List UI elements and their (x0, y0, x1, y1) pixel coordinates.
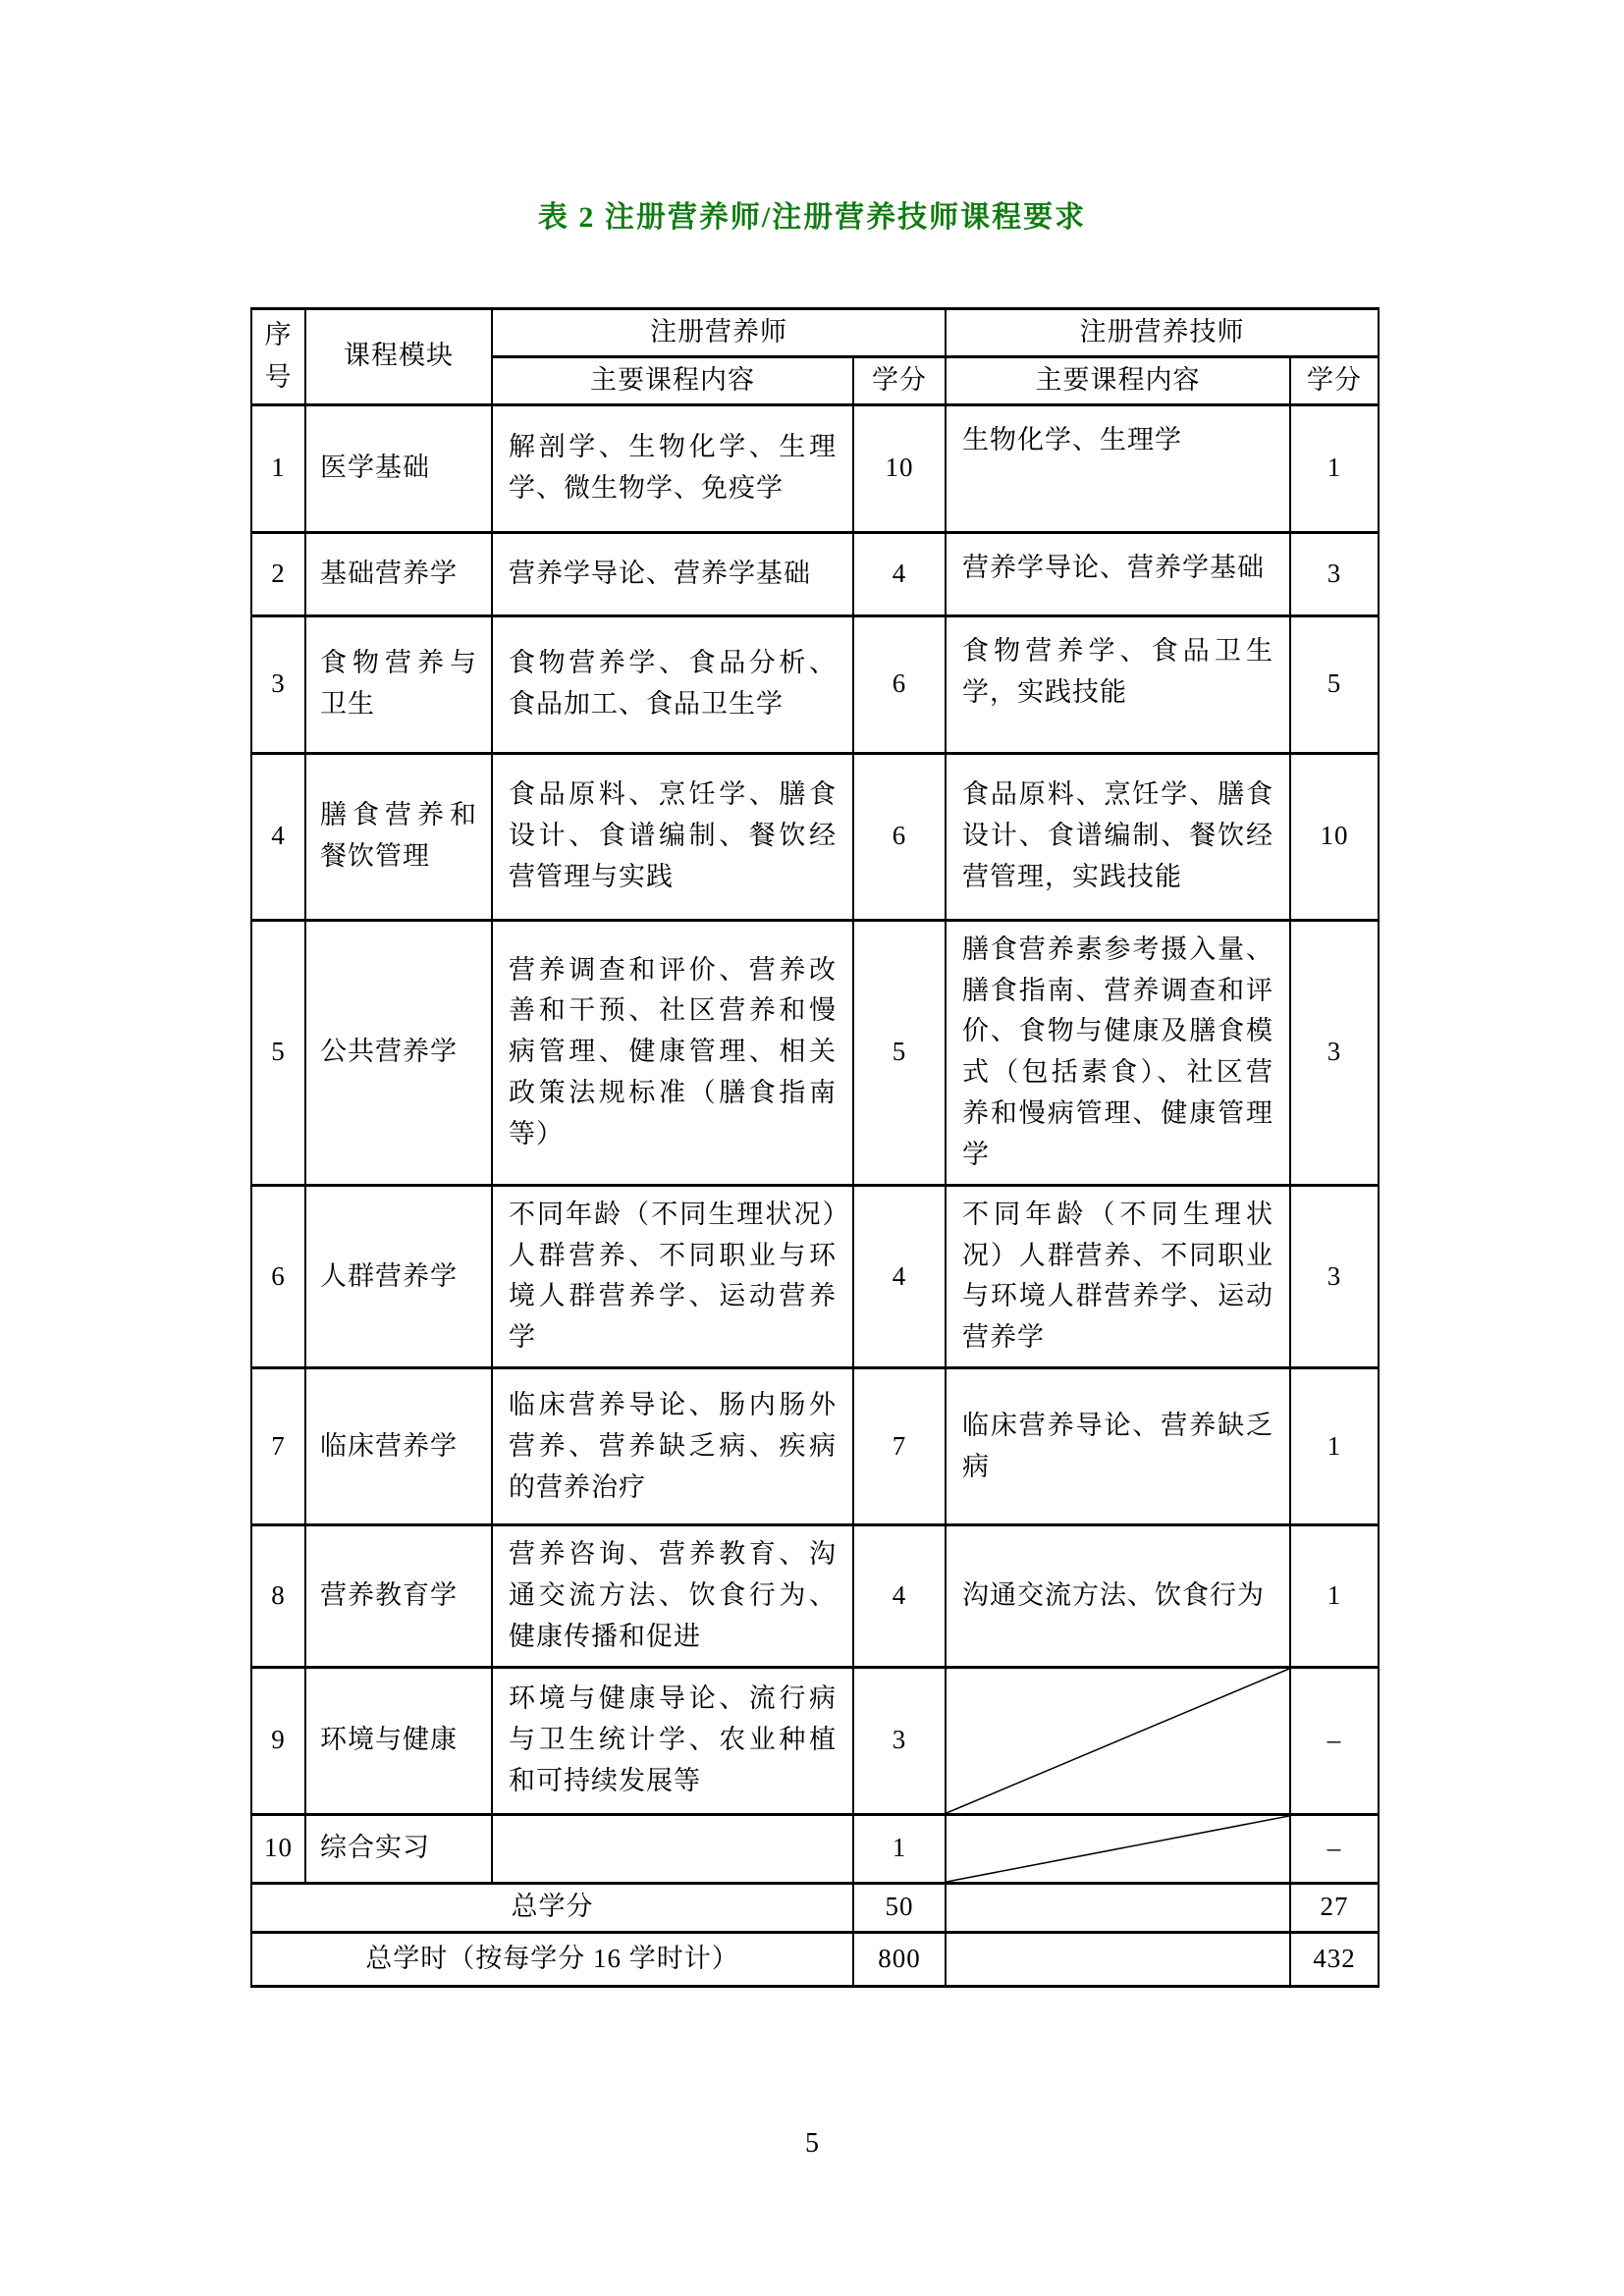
module-cell: 人群营养学 (305, 1185, 492, 1367)
module-cell: 食物营养与卫生 (305, 615, 492, 753)
module-cell: 公共营养学 (305, 920, 492, 1185)
technician-total-hours: 432 (1290, 1932, 1379, 1986)
module-cell: 综合实习 (305, 1814, 492, 1883)
table-row: 6 人群营养学 不同年龄（不同生理状况）人群营养、不同职业与环境人群营养学、运动… (251, 1185, 1379, 1367)
module-cell: 医学基础 (305, 404, 492, 532)
table-body: 1 医学基础 解剖学、生物化学、生理学、微生物学、免疫学 10 生物化学、生理学… (251, 404, 1379, 1986)
technician-content-cell: 沟通交流方法、饮食行为 (946, 1525, 1290, 1668)
seq-cell: 5 (251, 920, 305, 1185)
course-requirements-table: 序号 课程模块 注册营养师 注册营养技师 主要课程内容 学分 主要课程内容 学分… (250, 307, 1380, 1988)
header-seq: 序号 (251, 309, 305, 405)
dietitian-credits-cell: 10 (853, 404, 946, 532)
dietitian-content-cell: 食物营养学、食品分析、食品加工、食品卫生学 (492, 615, 853, 753)
table-header: 序号 课程模块 注册营养师 注册营养技师 主要课程内容 学分 主要课程内容 学分 (251, 309, 1379, 405)
module-cell: 膳食营养和餐饮管理 (305, 753, 492, 920)
dietitian-content-cell: 环境与健康导论、流行病与卫生统计学、农业种植和可持续发展等 (492, 1667, 853, 1814)
total-hours-row: 总学时（按每学分 16 学时计） 800 432 (251, 1932, 1379, 1986)
dietitian-content-cell (492, 1814, 853, 1883)
dietitian-total-hours: 800 (853, 1932, 946, 1986)
technician-content-cell: 临床营养导论、营养缺乏病 (946, 1368, 1290, 1525)
dietitian-credits-cell: 3 (853, 1667, 946, 1814)
seq-cell: 6 (251, 1185, 305, 1367)
seq-cell: 4 (251, 753, 305, 920)
technician-content-cell: 膳食营养素参考摄入量、膳食指南、营养调查和评价、食物与健康及膳食模式（包括素食）… (946, 920, 1290, 1185)
table-row: 8 营养教育学 营养咨询、营养教育、沟通交流方法、饮食行为、健康传播和促进 4 … (251, 1525, 1379, 1668)
technician-content-cell: 生物化学、生理学 (946, 404, 1290, 532)
document-page: 表 2 注册营养师/注册营养技师课程要求 序号 课程模块 注册营养师 注册营养技… (0, 0, 1624, 2296)
technician-content-cell: 不同年龄（不同生理状况）人群营养、不同职业与环境人群营养学、运动营养学 (946, 1185, 1290, 1367)
seq-cell: 9 (251, 1667, 305, 1814)
dietitian-total-credits: 50 (853, 1883, 946, 1932)
technician-content-cell: 营养学导论、营养学基础 (946, 532, 1290, 615)
technician-total-credits: 27 (1290, 1883, 1379, 1932)
technician-credits-cell: 3 (1290, 1185, 1379, 1367)
module-cell: 基础营养学 (305, 532, 492, 615)
dietitian-credits-cell: 4 (853, 1525, 946, 1668)
technician-credits-cell: – (1290, 1667, 1379, 1814)
dietitian-content-cell: 不同年龄（不同生理状况）人群营养、不同职业与环境人群营养学、运动营养学 (492, 1185, 853, 1367)
dietitian-credits-cell: 6 (853, 615, 946, 753)
dietitian-credits-cell: 5 (853, 920, 946, 1185)
header-technician-group: 注册营养技师 (946, 309, 1379, 357)
dietitian-content-cell: 营养咨询、营养教育、沟通交流方法、饮食行为、健康传播和促进 (492, 1525, 853, 1668)
technician-content-na-cell (946, 1814, 1290, 1883)
dietitian-credits-cell: 1 (853, 1814, 946, 1883)
dietitian-content-cell: 食品原料、烹饪学、膳食设计、食谱编制、餐饮经营管理与实践 (492, 753, 853, 920)
technician-credits-cell: 5 (1290, 615, 1379, 753)
seq-cell: 7 (251, 1368, 305, 1525)
dietitian-credits-cell: 4 (853, 1185, 946, 1367)
header-dietitian-group: 注册营养师 (492, 309, 946, 357)
table-row: 1 医学基础 解剖学、生物化学、生理学、微生物学、免疫学 10 生物化学、生理学… (251, 404, 1379, 532)
header-technician-credits: 学分 (1290, 356, 1379, 404)
technician-credits-cell: 1 (1290, 1368, 1379, 1525)
technician-content-cell: 食物营养学、食品卫生学，实践技能 (946, 615, 1290, 753)
dietitian-credits-cell: 4 (853, 532, 946, 615)
technician-credits-cell: 3 (1290, 532, 1379, 615)
page-number: 5 (0, 2128, 1624, 2160)
table-row: 5 公共营养学 营养调查和评价、营养改善和干预、社区营养和慢病管理、健康管理、相… (251, 920, 1379, 1185)
na-diagonal-line (947, 1669, 1289, 1813)
module-cell: 营养教育学 (305, 1525, 492, 1668)
page-title: 表 2 注册营养师/注册营养技师课程要求 (0, 192, 1624, 236)
table-row: 10 综合实习 1 – (251, 1814, 1379, 1883)
empty-cell (946, 1932, 1290, 1986)
module-cell: 临床营养学 (305, 1368, 492, 1525)
technician-credits-cell: 3 (1290, 920, 1379, 1185)
technician-credits-cell: – (1290, 1814, 1379, 1883)
header-dietitian-content: 主要课程内容 (492, 356, 853, 404)
technician-credits-cell: 1 (1290, 1525, 1379, 1668)
header-module: 课程模块 (305, 309, 492, 405)
na-diagonal-line (947, 1816, 1289, 1882)
table-row: 7 临床营养学 临床营养导论、肠内肠外营养、营养缺乏病、疾病的营养治疗 7 临床… (251, 1368, 1379, 1525)
dietitian-credits-cell: 6 (853, 753, 946, 920)
technician-credits-cell: 10 (1290, 753, 1379, 920)
total-credits-label: 总学分 (251, 1883, 853, 1932)
seq-cell: 8 (251, 1525, 305, 1668)
dietitian-content-cell: 临床营养导论、肠内肠外营养、营养缺乏病、疾病的营养治疗 (492, 1368, 853, 1525)
technician-credits-cell: 1 (1290, 404, 1379, 532)
empty-cell (946, 1883, 1290, 1932)
header-technician-content: 主要课程内容 (946, 356, 1290, 404)
dietitian-content-cell: 营养调查和评价、营养改善和干预、社区营养和慢病管理、健康管理、相关政策法规标准（… (492, 920, 853, 1185)
module-cell: 环境与健康 (305, 1667, 492, 1814)
table-row: 2 基础营养学 营养学导论、营养学基础 4 营养学导论、营养学基础 3 (251, 532, 1379, 615)
table-row: 3 食物营养与卫生 食物营养学、食品分析、食品加工、食品卫生学 6 食物营养学、… (251, 615, 1379, 753)
technician-content-na-cell (946, 1667, 1290, 1814)
total-hours-label: 总学时（按每学分 16 学时计） (251, 1932, 853, 1986)
header-dietitian-credits: 学分 (853, 356, 946, 404)
seq-cell: 1 (251, 404, 305, 532)
seq-cell: 10 (251, 1814, 305, 1883)
dietitian-content-cell: 营养学导论、营养学基础 (492, 532, 853, 615)
seq-cell: 3 (251, 615, 305, 753)
total-credits-row: 总学分 50 27 (251, 1883, 1379, 1932)
dietitian-credits-cell: 7 (853, 1368, 946, 1525)
header-row-groups: 序号 课程模块 注册营养师 注册营养技师 (251, 309, 1379, 357)
table-row: 9 环境与健康 环境与健康导论、流行病与卫生统计学、农业种植和可持续发展等 3 … (251, 1667, 1379, 1814)
table-row: 4 膳食营养和餐饮管理 食品原料、烹饪学、膳食设计、食谱编制、餐饮经营管理与实践… (251, 753, 1379, 920)
technician-content-cell: 食品原料、烹饪学、膳食设计、食谱编制、餐饮经营管理，实践技能 (946, 753, 1290, 920)
seq-cell: 2 (251, 532, 305, 615)
dietitian-content-cell: 解剖学、生物化学、生理学、微生物学、免疫学 (492, 404, 853, 532)
